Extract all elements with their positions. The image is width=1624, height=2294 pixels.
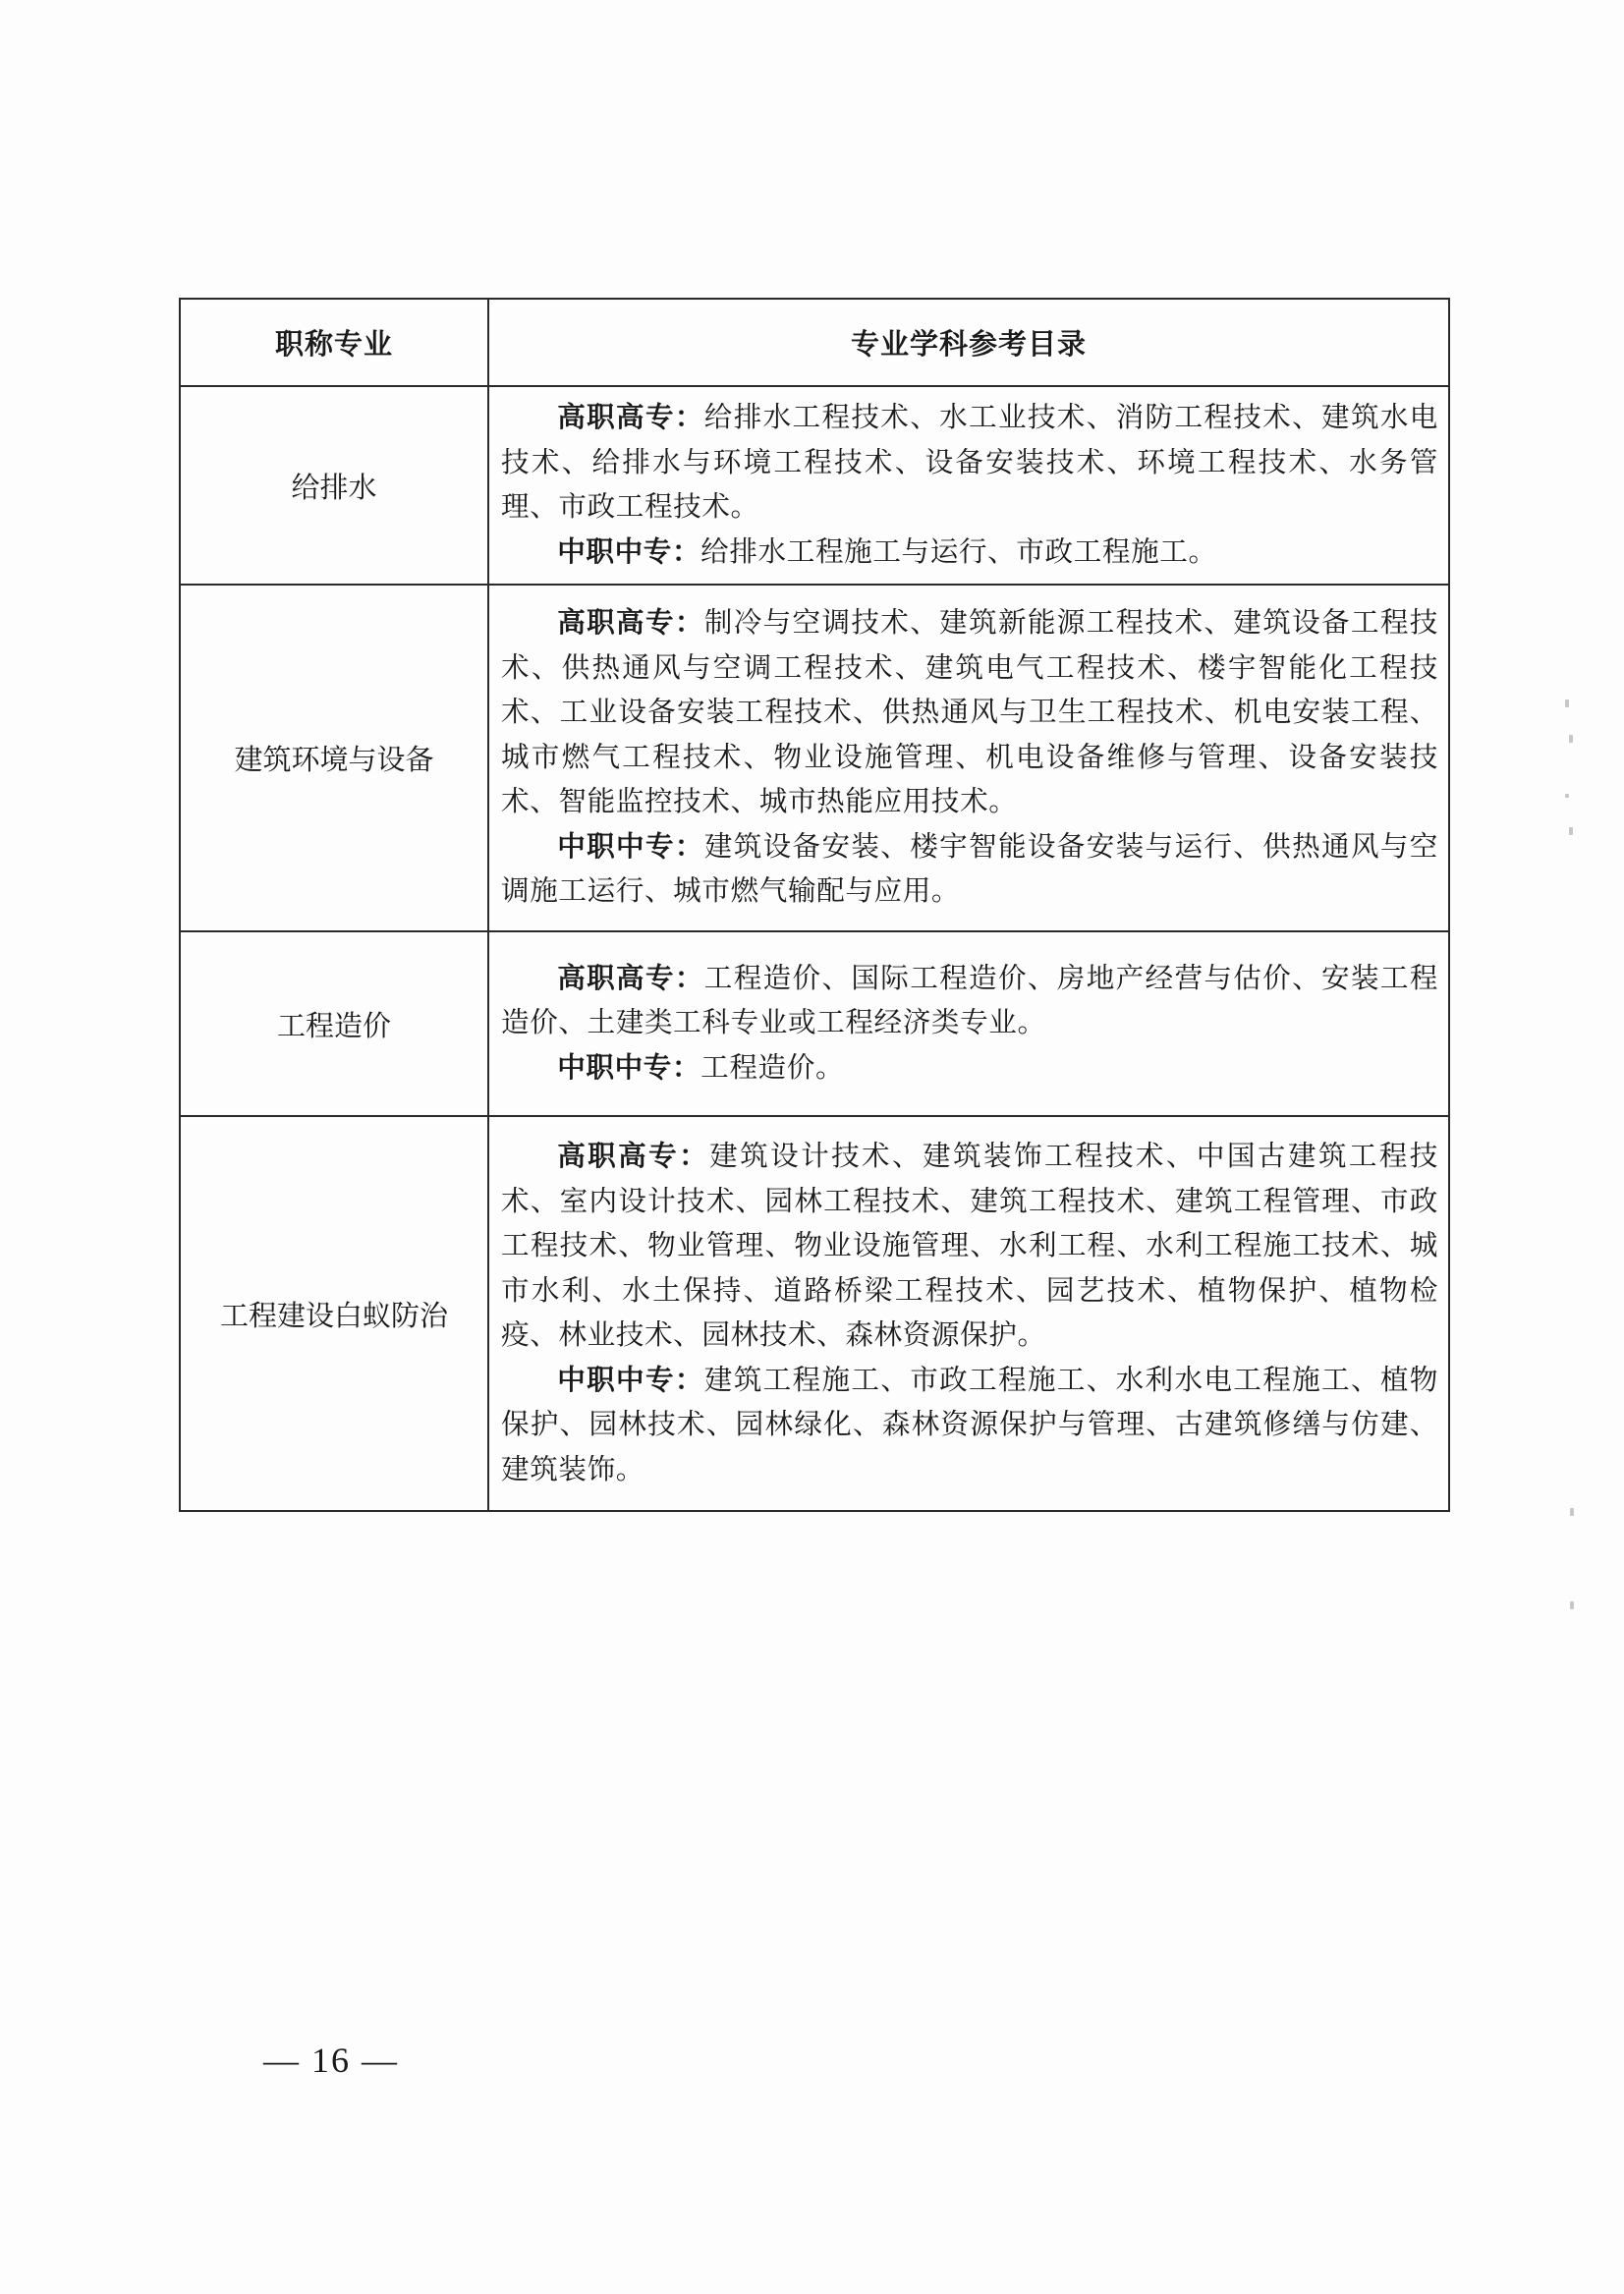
entry-higher-vocational: 高职高专：工程造价、国际工程造价、房地产经营与估价、安装工程造价、土建类工科专业… <box>501 956 1438 1045</box>
level-label: 高职高专： <box>557 961 704 994</box>
level-label: 中职中专： <box>557 1363 704 1396</box>
entry-secondary-vocational: 中职中专：给排水工程施工与运行、市政工程施工。 <box>501 530 1438 575</box>
major-reference-table: 职称专业 专业学科参考目录 给排水 高职高专：给排水工程技术、水工业技术、消防工… <box>179 298 1450 1512</box>
entry-text: 工程造价。 <box>700 1050 844 1084</box>
row-content: 高职高专：制冷与空调技术、建筑新能源工程技术、建筑设备工程技术、供热通风与空调工… <box>488 585 1449 931</box>
scan-artifact <box>1565 699 1569 707</box>
row-title: 建筑环境与设备 <box>180 585 488 931</box>
scan-artifact <box>1565 794 1569 798</box>
table-header-row: 职称专业 专业学科参考目录 <box>180 299 1449 386</box>
entry-higher-vocational: 高职高专：给排水工程技术、水工业技术、消防工程技术、建筑水电技术、给排水与环境工… <box>501 395 1438 530</box>
table-row: 建筑环境与设备 高职高专：制冷与空调技术、建筑新能源工程技术、建筑设备工程技术、… <box>180 585 1449 931</box>
level-label: 高职高专： <box>557 1139 709 1172</box>
entry-secondary-vocational: 中职中专：工程造价。 <box>501 1045 1438 1091</box>
row-title: 给排水 <box>180 386 488 585</box>
level-label: 中职中专： <box>557 1050 700 1084</box>
row-content: 高职高专：给排水工程技术、水工业技术、消防工程技术、建筑水电技术、给排水与环境工… <box>488 386 1449 585</box>
scan-artifact <box>1570 1508 1574 1516</box>
row-title: 工程造价 <box>180 931 488 1116</box>
level-label: 中职中专： <box>557 829 704 863</box>
entry-higher-vocational: 高职高专：制冷与空调技术、建筑新能源工程技术、建筑设备工程技术、供热通风与空调工… <box>501 600 1438 824</box>
row-content: 高职高专：工程造价、国际工程造价、房地产经营与估价、安装工程造价、土建类工科专业… <box>488 931 1449 1116</box>
scan-artifact <box>1569 735 1573 743</box>
entry-secondary-vocational: 中职中专：建筑设备安装、楼宇智能设备安装与运行、供热通风与空调施工运行、城市燃气… <box>501 824 1438 914</box>
row-title: 工程建设白蚁防治 <box>180 1116 488 1511</box>
header-reference-catalog: 专业学科参考目录 <box>488 299 1449 386</box>
page-number: — 16 — <box>263 2040 399 2081</box>
scan-artifact <box>1570 1601 1574 1609</box>
document-page: 职称专业 专业学科参考目录 给排水 高职高专：给排水工程技术、水工业技术、消防工… <box>0 0 1624 2294</box>
header-professional-title: 职称专业 <box>180 299 488 386</box>
level-label: 高职高专： <box>557 400 704 433</box>
level-label: 中职中专： <box>557 534 700 568</box>
table-row: 工程建设白蚁防治 高职高专：建筑设计技术、建筑装饰工程技术、中国古建筑工程技术、… <box>180 1116 1449 1511</box>
row-content: 高职高专：建筑设计技术、建筑装饰工程技术、中国古建筑工程技术、室内设计技术、园林… <box>488 1116 1449 1511</box>
table-row: 工程造价 高职高专：工程造价、国际工程造价、房地产经营与估价、安装工程造价、土建… <box>180 931 1449 1116</box>
entry-higher-vocational: 高职高专：建筑设计技术、建筑装饰工程技术、中国古建筑工程技术、室内设计技术、园林… <box>501 1134 1438 1358</box>
scan-artifact <box>1569 827 1573 835</box>
level-label: 高职高专： <box>557 605 704 639</box>
entry-secondary-vocational: 中职中专：建筑工程施工、市政工程施工、水利水电工程施工、植物保护、园林技术、园林… <box>501 1358 1438 1492</box>
entry-text: 给排水工程施工与运行、市政工程施工。 <box>700 534 1217 568</box>
table-row: 给排水 高职高专：给排水工程技术、水工业技术、消防工程技术、建筑水电技术、给排水… <box>180 386 1449 585</box>
